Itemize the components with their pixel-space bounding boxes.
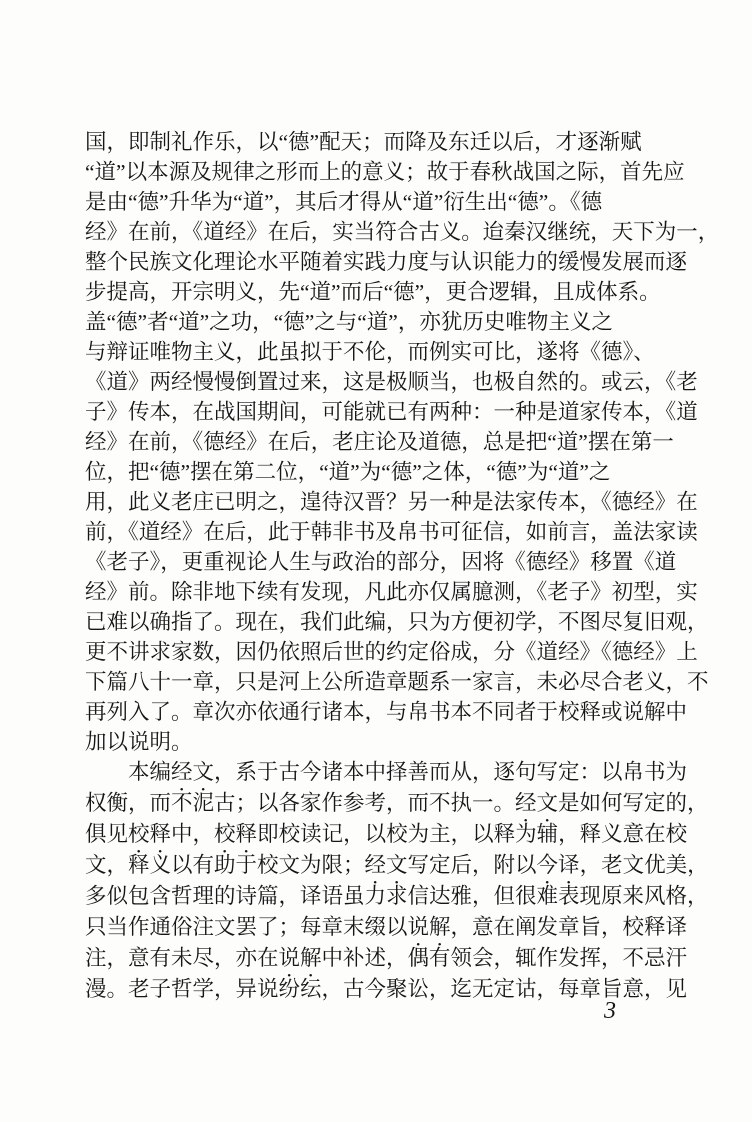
emphasized-text: 校释 bbox=[128, 822, 171, 846]
text-line: 前，《道经》在后，此于韩非书及帛书可征信，如前言，盖法家读 bbox=[85, 517, 669, 547]
emphasized-text: 校释 bbox=[214, 822, 257, 846]
text-line: 是由“德”升华为“道”，其后才得从“道”衍生出“德”。《德 bbox=[85, 187, 669, 217]
text-segment: 整个民族文化理论水平随着实践力度与认识能力的缓慢发展而逐 bbox=[85, 250, 687, 274]
text-segment: 写定后，附以 bbox=[408, 853, 537, 877]
text-segment: ，系于古今诸本中择善而从，逐句写定：以帛书为 bbox=[214, 760, 687, 784]
text-line: 下篇八十一章，只是河上公所造章题系一家言，未必尽合老义，不 bbox=[85, 667, 669, 697]
text-segment: 《道》两经慢慢倒置过来，这是极顺当，也极自然的。或云，《老 bbox=[85, 370, 698, 394]
text-segment: 是如何写定的， bbox=[558, 791, 709, 815]
text-line: 权衡，而不泥古；以各家作参考，而不执一。经文是如何写定的， bbox=[85, 788, 669, 819]
text-line: “道”以本源及规律之形而上的意义；故于春秋战国之际，首先应 bbox=[85, 157, 669, 187]
text-line: 已难以确指了。现在，我们此编，只为方便初学，不图尽复旧观， bbox=[85, 607, 669, 637]
text-segment: 盖“德”者“道”之功，“德”之与“道”，亦犹历史唯物主义之 bbox=[85, 310, 613, 334]
text-line: 经》前。除非地下续有发现，凡此亦仅属臆测，《老子》初型，实 bbox=[85, 577, 669, 607]
text-segment: 多似包含哲理的诗篇，译语虽力求信达雅，但很难表现原来风格， bbox=[85, 884, 709, 908]
text-segment: 注，意有未尽，亦在 bbox=[85, 946, 279, 970]
text-segment: 权衡，而不泥古；以各家作参考，而不执一。 bbox=[85, 791, 515, 815]
text-segment: “道”以本源及规律之形而上的意义；故于春秋战国之际，首先应 bbox=[85, 160, 685, 184]
text-segment: 中补述，偶有领会，辄作发挥，不忌汗 bbox=[322, 946, 688, 970]
text-line: 加以说明。 bbox=[85, 727, 669, 757]
text-line: 步提高，开宗明义，先“道”而后“德”，更合逻辑，且成体系。 bbox=[85, 277, 669, 307]
emphasized-text: 经文 bbox=[171, 760, 214, 784]
text-line: 文，释义以有助于校文为限；经文写定后，附以今译，老文优美， bbox=[85, 850, 669, 881]
text-line: 注，意有未尽，亦在说解中补述，偶有领会，辄作发挥，不忌汗 bbox=[85, 943, 669, 974]
text-line: 再列入了。章次亦依通行诸本，与帛书本不同者于校释或说解中 bbox=[85, 697, 669, 727]
body-text-paragraph-1: 国，即制礼作乐，以“德”配天；而降及东迁以后，才逐渐赋“道”以本源及规律之形而上… bbox=[85, 127, 669, 757]
emphasized-text: 经文 bbox=[365, 853, 408, 877]
text-segment: 国，即制礼作乐，以“德”配天；而降及东迁以后，才逐渐赋 bbox=[85, 130, 642, 154]
text-segment: 经》前。除非地下续有发现，凡此亦仅属臆测，《老子》初型，实 bbox=[85, 580, 698, 604]
body-text-paragraph-2: 本编经文，系于古今诸本中择善而从，逐句写定：以帛书为权衡，而不泥古；以各家作参考… bbox=[85, 757, 669, 1005]
text-segment: 《老子》，更重视论人生与政治的部分，因将《德经》移置《道 bbox=[85, 550, 676, 574]
text-segment: 经》在前，《道经》在后，实当符合古义。迨秦汉继统，天下为一， bbox=[85, 220, 719, 244]
text-segment: 文，释义以有助于校文为限； bbox=[85, 853, 365, 877]
emphasized-text: 今译 bbox=[537, 853, 580, 877]
text-segment: 只当作通俗注文罢了；每章末缀以 bbox=[85, 915, 408, 939]
text-line: 多似包含哲理的诗篇，译语虽力求信达雅，但很难表现原来风格， bbox=[85, 881, 669, 912]
text-line: 经》在前，《德经》在后，老庄论及道德，总是把“道”摆在第一 bbox=[85, 427, 669, 457]
text-segment: 俱见 bbox=[85, 822, 128, 846]
text-line: 整个民族文化理论水平随着实践力度与认识能力的缓慢发展而逐 bbox=[85, 247, 669, 277]
text-segment: 加以说明。 bbox=[85, 730, 193, 754]
text-line: 子》传本，在战国期间，可能就已有两种：一种是道家传本，《道 bbox=[85, 397, 669, 427]
emphasized-text: 说解 bbox=[279, 946, 322, 970]
text-segment: ，意在阐发章旨，校释译 bbox=[451, 915, 688, 939]
page-number: 3 bbox=[604, 998, 616, 1025]
text-line: 《道》两经慢慢倒置过来，这是极顺当，也极自然的。或云，《老 bbox=[85, 367, 669, 397]
text-segment: ，老文优美， bbox=[580, 853, 709, 877]
text-segment: 经》在前，《德经》在后，老庄论及道德，总是把“道”摆在第一 bbox=[85, 430, 674, 454]
text-line: 《老子》，更重视论人生与政治的部分，因将《德经》移置《道 bbox=[85, 547, 669, 577]
text-segment: 本编 bbox=[85, 760, 171, 784]
scanned-book-page: 国，即制礼作乐，以“德”配天；而降及东迁以后，才逐渐赋“道”以本源及规律之形而上… bbox=[0, 0, 752, 1122]
text-segment: 位，把“德”摆在第二位，“道”为“德”之体，“德”为“道”之 bbox=[85, 460, 610, 484]
text-segment: 中， bbox=[171, 822, 214, 846]
text-segment: 再列入了。章次亦依通行诸本，与帛书本不同者于校释或说解中 bbox=[85, 700, 687, 724]
text-segment: 子》传本，在战国期间，可能就已有两种：一种是道家传本，《道 bbox=[85, 400, 698, 424]
text-segment: 已难以确指了。现在，我们此编，只为方便初学，不图尽复旧观， bbox=[85, 610, 709, 634]
text-line: 盖“德”者“道”之功，“德”之与“道”，亦犹历史唯物主义之 bbox=[85, 307, 669, 337]
text-segment: 即校读记，以校为主，以释为辅，释义意在校 bbox=[257, 822, 687, 846]
text-segment: 更不讲求家数，因仍依照后世的约定俗成，分《道经》《德经》上 bbox=[85, 640, 698, 664]
text-segment: 用，此义老庄已明之，遑待汉晋？另一种是法家传本，《德经》在 bbox=[85, 490, 698, 514]
text-line: 俱见校释中，校释即校读记，以校为主，以释为辅，释义意在校 bbox=[85, 819, 669, 850]
text-line: 用，此义老庄已明之，遑待汉晋？另一种是法家传本，《德经》在 bbox=[85, 487, 669, 517]
text-segment: 步提高，开宗明义，先“道”而后“德”，更合逻辑，且成体系。 bbox=[85, 280, 661, 304]
text-segment: 与辩证唯物主义，此虽拟于不伦，而例实可比，遂将《德》、 bbox=[85, 340, 655, 364]
text-line: 漫。老子哲学，异说纷纭，古今聚讼，迄无定诂，每章旨意，见 bbox=[85, 974, 669, 1005]
text-line: 经》在前，《道经》在后，实当符合古义。迨秦汉继统，天下为一， bbox=[85, 217, 669, 247]
emphasized-text: 说解 bbox=[408, 915, 451, 939]
text-line: 本编经文，系于古今诸本中择善而从，逐句写定：以帛书为 bbox=[85, 757, 669, 788]
text-line: 位，把“德”摆在第二位，“道”为“德”之体，“德”为“道”之 bbox=[85, 457, 669, 487]
text-line: 只当作通俗注文罢了；每章末缀以说解，意在阐发章旨，校释译 bbox=[85, 912, 669, 943]
text-line: 与辩证唯物主义，此虽拟于不伦，而例实可比，遂将《德》、 bbox=[85, 337, 669, 367]
text-segment: 是由“德”升华为“道”，其后才得从“道”衍生出“德”。《德 bbox=[85, 190, 602, 214]
text-segment: 下篇八十一章，只是河上公所造章题系一家言，未必尽合老义，不 bbox=[85, 670, 709, 694]
text-segment: 前，《道经》在后，此于韩非书及帛书可征信，如前言，盖法家读 bbox=[85, 520, 698, 544]
text-line: 国，即制礼作乐，以“德”配天；而降及东迁以后，才逐渐赋 bbox=[85, 127, 669, 157]
text-line: 更不讲求家数，因仍依照后世的约定俗成，分《道经》《德经》上 bbox=[85, 637, 669, 667]
text-segment: 漫。老子哲学，异说纷纭，古今聚讼，迄无定诂，每章旨意，见 bbox=[85, 977, 687, 1001]
emphasized-text: 经文 bbox=[515, 791, 558, 815]
